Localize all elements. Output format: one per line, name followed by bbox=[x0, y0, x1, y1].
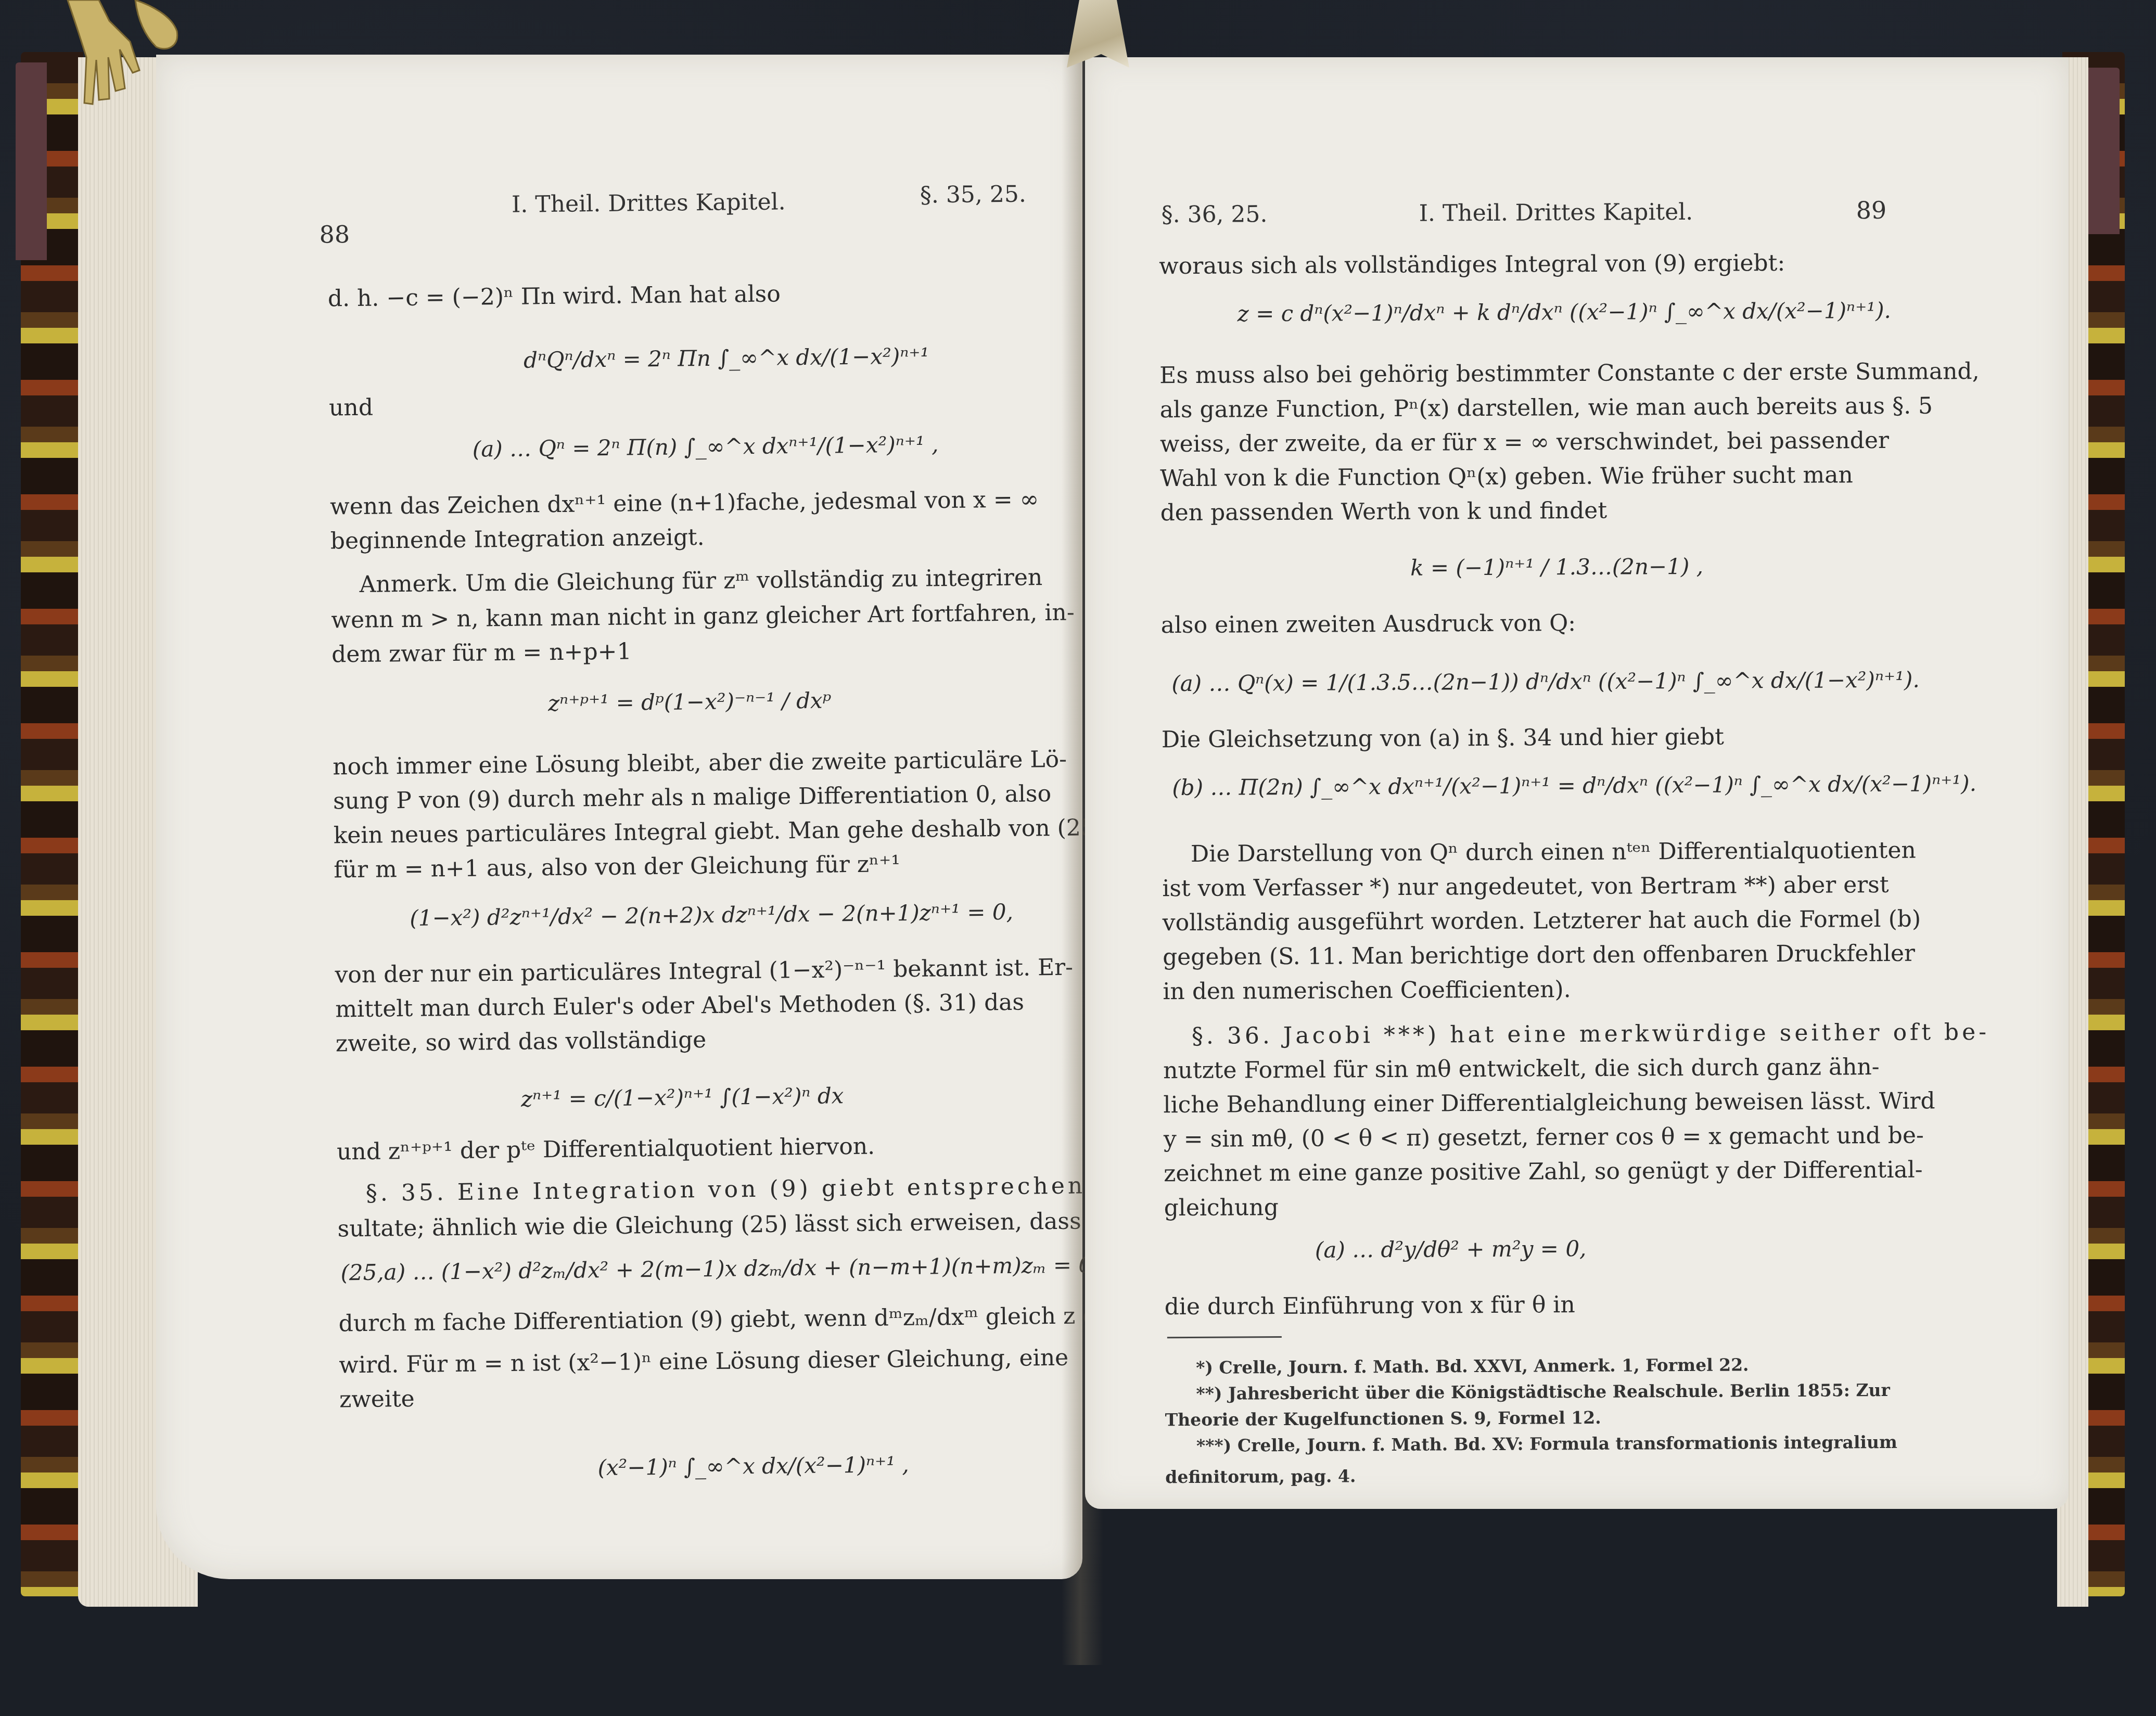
equation: (a) … Qⁿ(x) = 1/(1.3.5…(2n−1)) dⁿ/dxⁿ ((… bbox=[1171, 667, 1920, 697]
text-line: vollständig ausgeführt worden. Letzterer… bbox=[1163, 902, 1921, 941]
text-line: Wahl von k die Function Qⁿ(x) geben. Wie… bbox=[1160, 458, 1853, 496]
text-line: dem zwar für m = n+p+1 bbox=[331, 634, 632, 672]
equation: (b) … Π(2n) ∫_∞^x dxⁿ⁺¹/(x²−1)ⁿ⁺¹ = dⁿ/d… bbox=[1172, 771, 1976, 800]
section-reference: §. 35, 25. bbox=[920, 181, 1026, 209]
page-number: 88 bbox=[319, 220, 350, 249]
footnote-divider bbox=[1167, 1336, 1282, 1338]
equation: zⁿ⁺ᵖ⁺¹ = dᵖ(1−x²)⁻ⁿ⁻¹ / dxᵖ bbox=[548, 687, 832, 716]
text-line: zeichnet m eine ganze positive Zahl, so … bbox=[1164, 1153, 1923, 1192]
text-line: mittelt man durch Euler's oder Abel's Me… bbox=[335, 985, 1024, 1027]
text-line: d. h. −c = (−2)ⁿ Πn wird. Man hat also bbox=[328, 277, 781, 316]
cover-spine-edge-left bbox=[16, 62, 47, 260]
text-line: weiss, der zweite, da er für x = ∞ versc… bbox=[1160, 424, 1889, 462]
running-head: I. Theil. Drittes Kapitel. bbox=[512, 188, 786, 218]
text-line: Die Gleichsetzung von (a) in §. 34 und h… bbox=[1162, 720, 1724, 758]
footnote: ***) Crelle, Journ. f. Math. Bd. XV: For… bbox=[1196, 1432, 1897, 1456]
text-line: nutzte Formel für sin mθ entwickelt, die… bbox=[1163, 1050, 1880, 1088]
equation: (1−x²) d²zⁿ⁺¹/dx² − 2(n+2)x dzⁿ⁺¹/dx − 2… bbox=[410, 899, 1013, 931]
text-line: gegeben (S. 11. Man berichtige dort den … bbox=[1163, 937, 1915, 975]
cover-spine-edge-right bbox=[2088, 68, 2120, 234]
equation: (a) … d²y/dθ² + m²y = 0, bbox=[1315, 1236, 1587, 1263]
text-line: liche Behandlung einer Differentialgleic… bbox=[1163, 1084, 1935, 1122]
book-cover-left bbox=[21, 52, 83, 1596]
equation: (a) … Qⁿ = 2ⁿ Π(n) ∫_∞^x dxⁿ⁺¹/(1−x²)ⁿ⁺¹… bbox=[473, 431, 939, 462]
text-line: wird. Für m = n ist (x²−1)ⁿ eine Lösung … bbox=[339, 1341, 1068, 1383]
text-line: beginnende Integration anzeigt. bbox=[330, 520, 704, 559]
equation: (25,a) … (1−x²) d²zₘ/dx² + 2(m−1)x dzₘ/d… bbox=[340, 1252, 1092, 1285]
equation: (x²−1)ⁿ ∫_∞^x dx/(x²−1)ⁿ⁺¹ , bbox=[597, 1452, 909, 1480]
text-line: woraus sich als vollständiges Integral v… bbox=[1159, 246, 1785, 284]
text-line: kein neues particuläres Integral giebt. … bbox=[333, 811, 1104, 853]
section-heading-36: §. 36. Jacobi ***) hat eine merkwürdige … bbox=[1192, 1015, 1990, 1054]
text-line: also einen zweiten Ausdruck von Q: bbox=[1161, 606, 1576, 643]
footnote: **) Jahresbericht über die Königstädtisc… bbox=[1196, 1380, 1890, 1404]
text-line: in den numerischen Coefficienten). bbox=[1163, 972, 1571, 1009]
text-line: zweite bbox=[339, 1382, 415, 1417]
text-line: für m = n+1 aus, also von der Gleichung … bbox=[334, 847, 900, 887]
equation: zⁿ⁺¹ = c/(1−x²)ⁿ⁺¹ ∫(1−x²)ⁿ dx bbox=[521, 1083, 844, 1111]
text-line: Anmerk. Um die Gleichung für zᵐ vollstän… bbox=[359, 560, 1042, 602]
text-line: gleichung bbox=[1164, 1190, 1279, 1225]
text-line: durch m fache Differentiation (9) giebt,… bbox=[338, 1298, 1167, 1341]
footnote: Theorie der Kugelfunctionen S. 9, Formel… bbox=[1165, 1407, 1601, 1430]
footnote: *) Crelle, Journ. f. Math. Bd. XXVI, Anm… bbox=[1196, 1354, 1749, 1378]
text-line: zweite, so wird das vollständige bbox=[336, 1023, 707, 1061]
text-line: als ganze Function, Pⁿ(x) darstellen, wi… bbox=[1159, 389, 1933, 427]
text-line: die durch Einführung von x für θ in bbox=[1164, 1288, 1575, 1324]
equation: z = c dⁿ(x²−1)ⁿ/dxⁿ + k dⁿ/dxⁿ ((x²−1)ⁿ … bbox=[1237, 298, 1891, 327]
text-line: und zⁿ⁺ᵖ⁺¹ der pᵗᵉ Differentialquotient … bbox=[337, 1130, 875, 1170]
right-page: §. 36, 25. I. Theil. Drittes Kapitel. 89… bbox=[1085, 57, 2069, 1509]
equation: dⁿQⁿ/dxⁿ = 2ⁿ Πn ∫_∞^x dx/(1−x²)ⁿ⁺¹ bbox=[524, 343, 929, 373]
equation: k = (−1)ⁿ⁺¹ / 1.3…(2n−1) , bbox=[1410, 554, 1703, 581]
text-line: wenn m > n, kann man nicht in ganz gleic… bbox=[331, 596, 1075, 638]
left-page: 88 I. Theil. Drittes Kapitel. §. 35, 25.… bbox=[156, 55, 1082, 1579]
brass-hand-bookmark-icon bbox=[47, 0, 187, 114]
footnote: definitorum, pag. 4. bbox=[1165, 1466, 1356, 1487]
text-line: ist vom Verfasser *) nur angedeutet, von… bbox=[1162, 868, 1889, 906]
text-line: Es muss also bei gehörig bestimmter Cons… bbox=[1159, 354, 1980, 393]
text-line: sultate; ähnlich wie die Gleichung (25) … bbox=[337, 1205, 1081, 1247]
text-line: y = sin mθ, (0 < θ < π) gesetzt, ferner … bbox=[1164, 1119, 1924, 1157]
page-number: 89 bbox=[1856, 196, 1886, 224]
text-line: und bbox=[329, 391, 374, 426]
section-reference: §. 36, 25. bbox=[1161, 201, 1267, 228]
text-line: Die Darstellung von Qⁿ durch einen nᵗᵉⁿ … bbox=[1191, 834, 1916, 872]
text-line: den passenden Werth von k und findet bbox=[1160, 494, 1607, 530]
text-line: wenn das Zeichen dxⁿ⁺¹ eine (n+1)fache, … bbox=[330, 482, 1039, 524]
running-head: I. Theil. Drittes Kapitel. bbox=[1419, 199, 1693, 227]
